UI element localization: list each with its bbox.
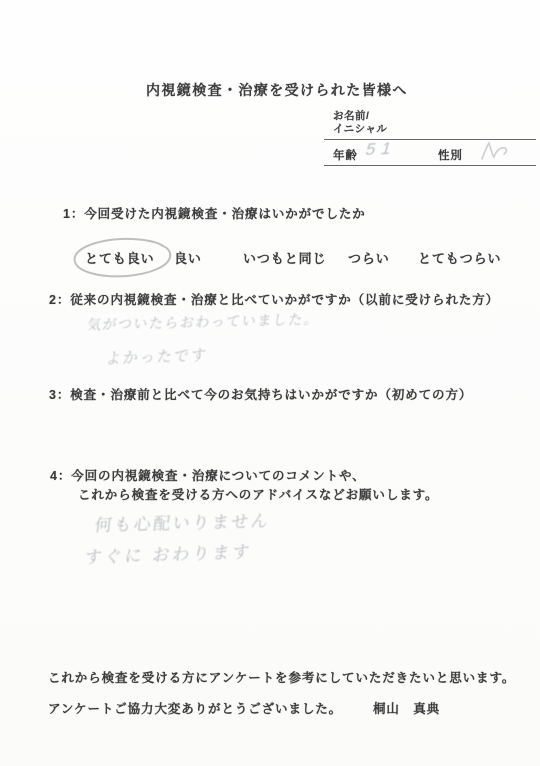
page-title: 内視鏡検査・治療を受けられた皆様へ <box>146 80 408 100</box>
option-yoi: 良い <box>174 248 202 267</box>
gender-handwritten-mark-icon <box>480 141 510 165</box>
option-tsurai: つらい <box>348 248 390 267</box>
question-2-label: 2：従来の内視鏡検査・治療と比べていかがですか（以前に受けられた方） <box>49 290 499 308</box>
option-itsumo-to-onaji: いつもと同じ <box>243 248 326 267</box>
scanned-questionnaire-page: 内視鏡検査・治療を受けられた皆様へ お名前/ イニシャル 年齢 51 性別 1：… <box>0 0 540 766</box>
option-totemo-tsurai: とてもつらい <box>418 248 501 267</box>
question-4-handwritten-answer-line1: 何も心配いりません <box>94 507 272 537</box>
question-1-label: 1：今回受けた内視鏡検査・治療はいかがでしたか <box>63 204 366 222</box>
age-label: 年齢 <box>333 147 358 163</box>
footer-line1: これから検査を受ける方にアンケートを参考にしていただきたいと思います。 <box>48 668 515 686</box>
name-label: お名前/ <box>333 110 369 122</box>
question-4-label-line1: 4：今回の内視鏡検査・治療についてのコメントや、 <box>50 466 366 484</box>
initial-label: イニシャル <box>333 123 387 135</box>
option-totemo-yoi: とても良い <box>85 248 155 267</box>
question-2-handwritten-answer-line2: よかったです <box>105 344 210 369</box>
question-3-label: 3：検査・治療前と比べて今のお気持ちはいかがですか（初めての方） <box>49 385 472 403</box>
question-2-handwritten-answer-line1: 気がついたらおわっていました。 <box>86 309 321 335</box>
footer-signature: 桐山 真典 <box>373 699 440 717</box>
age-handwritten-value: 51 <box>363 138 399 160</box>
form-rule-top <box>324 139 536 140</box>
question-4-label-line2: これから検査を受ける方へのアドバイスなどお願いします。 <box>78 485 438 503</box>
question-4-handwritten-answer-line2: すぐに おわります <box>83 537 254 568</box>
footer-line2: アンケートご協力大変ありがとうございました。 <box>48 699 342 717</box>
gender-label: 性別 <box>438 147 463 163</box>
form-rule-bottom <box>324 165 536 166</box>
